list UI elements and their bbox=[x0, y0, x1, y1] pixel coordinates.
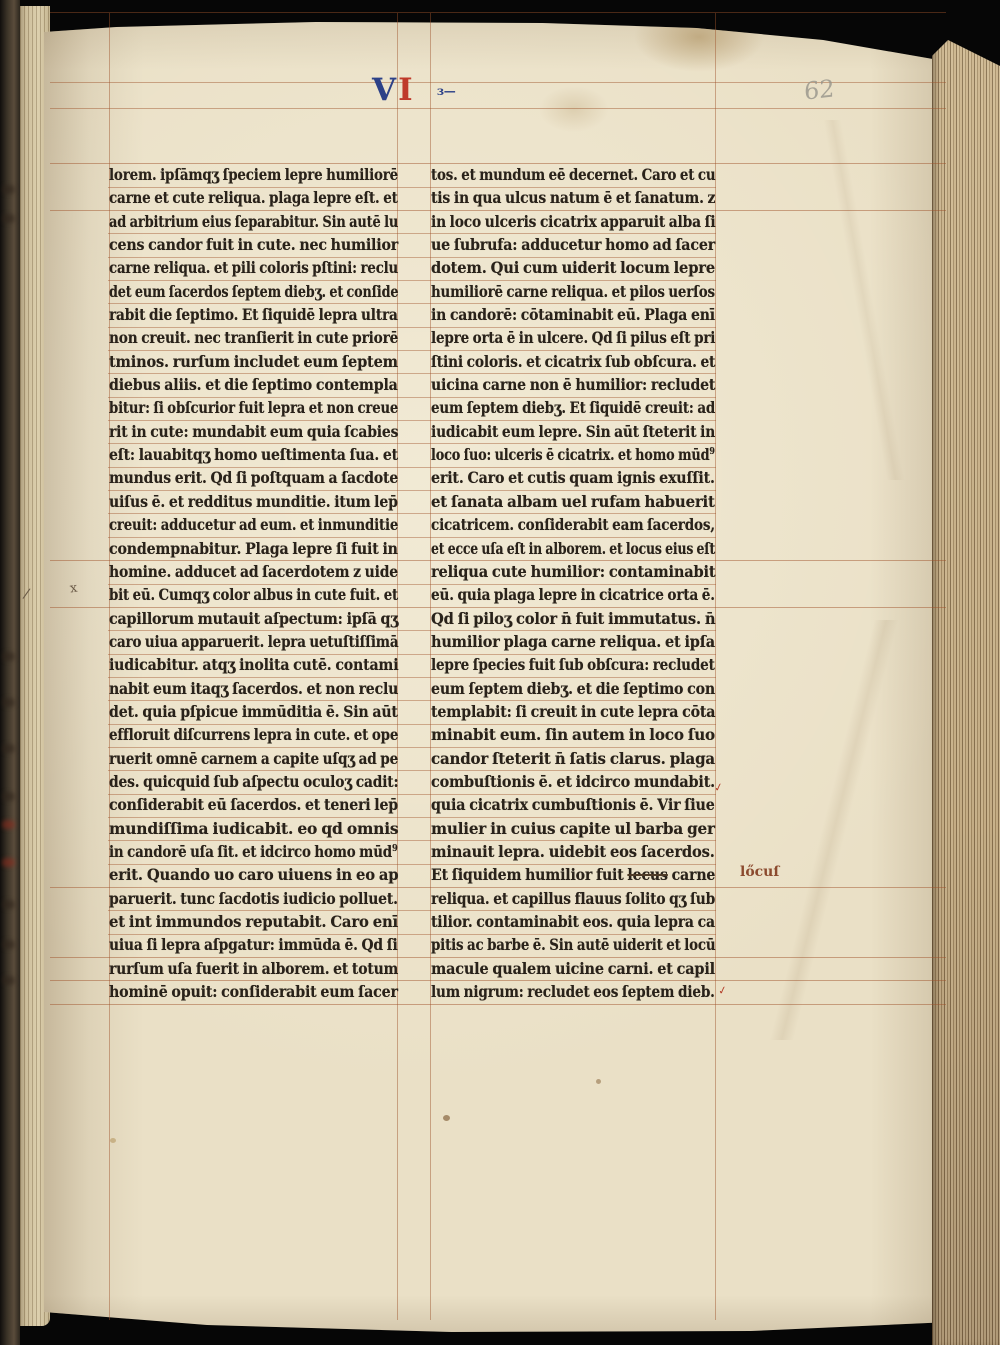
manuscript-line: loco ſuo: ulceris ē cicatrix. et homo mū… bbox=[431, 443, 715, 466]
manuscript-line: effloruit diſcurrens lepra in cute. et o… bbox=[109, 723, 398, 746]
showthrough-text-smudge bbox=[2, 820, 15, 829]
header-flourish-mark: ɜ— bbox=[437, 84, 456, 98]
margin-note-locus-correction: lőcuſ bbox=[740, 864, 779, 880]
manuscript-line: tis in qua ulcus natum ē et ſanatum. z bbox=[431, 186, 715, 209]
manuscript-line: nabit eum itaqʒ ſacerdos. et non reclu bbox=[109, 677, 398, 700]
manuscript-line: et int immundos reputabit. Caro enī bbox=[109, 910, 398, 933]
manuscript-line: Et ſiquidem humilior fuit lecus carne bbox=[431, 863, 715, 886]
manuscript-line: eū. quia plaga lepre in cicatrice orta ē… bbox=[431, 583, 715, 606]
manuscript-line: uicina carne non ē humilior: recludet bbox=[431, 373, 715, 396]
showthrough-text-smudge bbox=[2, 940, 15, 949]
manuscript-line: eum ſeptem diebʒ. Et ſiquidē creuit: ad bbox=[431, 396, 715, 419]
manuscript-line: tminos. rurſum includet eum ſeptem bbox=[109, 350, 398, 373]
manuscript-line: et ſanata albam uel rufam habuerit bbox=[431, 490, 715, 513]
manuscript-line: erit. Quando uo caro uiuens in eo ap bbox=[109, 863, 398, 886]
text-column-left: lorem. ipſāmqʒ ſpeciem lepre humiliorēca… bbox=[109, 163, 398, 1003]
manuscript-line: carne reliqua. et pili coloris pſtini: r… bbox=[109, 256, 398, 279]
running-title-letter: I bbox=[398, 72, 415, 108]
manuscript-line: rabit die ſeptimo. Et ſiquidē lepra ultr… bbox=[109, 303, 398, 326]
running-title: VI bbox=[372, 72, 415, 108]
manuscript-line: in candorē: cōtaminabit eū. Plaga enī bbox=[431, 303, 715, 326]
manuscript-line: quia cicatrix cumbuſtionis ē. Vir ſiue bbox=[431, 793, 715, 816]
text-column-right: tos. et mundum eē decernet. Caro et cuti… bbox=[431, 163, 715, 1003]
parchment-stain bbox=[539, 86, 609, 132]
manuscript-line: non creuit. nec tranſierit in cute prior… bbox=[109, 326, 398, 349]
manuscript-line: minabit eum. ſin autem in loco ſuo bbox=[431, 723, 715, 746]
manuscript-line: in candorē uſa ſit. et idcirco homo mūd9 bbox=[109, 840, 398, 863]
parchment-speck bbox=[443, 1115, 450, 1121]
manuscript-line: iudicabit eum lepre. Sin aūt ſteterit in bbox=[431, 420, 715, 443]
manuscript-line: reliqua. et capillus flauus ſolito qʒ ſu… bbox=[431, 887, 715, 910]
manuscript-line: paruerit. tunc ſacdotis iudicio polluet. bbox=[109, 887, 398, 910]
manuscript-photo: VI ɜ— 62 lorem. ipſāmqʒ ſpeciem lepre hu… bbox=[0, 0, 1000, 1345]
manuscript-line: carne et cute reliqua. plaga lepre eſt. … bbox=[109, 186, 398, 209]
manuscript-line: in loco ulceris cicatrix apparuit alba ſ… bbox=[431, 210, 715, 233]
manuscript-line: uiua ſi lepra aſpgatur: immūda ē. Qd ſi bbox=[109, 933, 398, 956]
showthrough-text-smudge bbox=[2, 858, 15, 867]
manuscript-line: minauit lepra. uidebit eos ſacerdos. bbox=[431, 840, 715, 863]
manuscript-line: conſiderabit eū ſacerdos. et teneri lep̄ bbox=[109, 793, 398, 816]
showthrough-text-smudge bbox=[2, 976, 15, 985]
manuscript-line: des. quicquid ſub aſpectu oculoʒ cadit: bbox=[109, 770, 398, 793]
manuscript-line: macule qualem uicine carni. et capil bbox=[431, 957, 715, 980]
binding-edge bbox=[0, 0, 20, 1345]
manuscript-line: det eum ſacerdos ſeptem diebʒ. et conſid… bbox=[109, 280, 398, 303]
manuscript-line: erit. Caro et cutis quam ignis exuſſit. bbox=[431, 466, 715, 489]
manuscript-line: condempnabitur. Plaga lepre ſi fuit in bbox=[109, 537, 398, 560]
manuscript-line: cicatricem. conſiderabit eam ſacerdos, bbox=[431, 513, 715, 536]
showthrough-text-smudge bbox=[2, 185, 15, 194]
manuscript-line: diebus aliis. et die ſeptimo contempla bbox=[109, 373, 398, 396]
manuscript-line: hominē opuit: conſiderabit eum ſacer bbox=[109, 980, 398, 1003]
manuscript-line: templabit: ſi creuit in cute lepra cōta bbox=[431, 700, 715, 723]
manuscript-line: caro uiua apparuerit. lepra uetuſtiſſimā bbox=[109, 630, 398, 653]
manuscript-line: creuit: adducetur ad eum. et inmunditie bbox=[109, 513, 398, 536]
manuscript-line: bit eū. Cumqʒ color albus in cute fuit. … bbox=[109, 583, 398, 606]
parchment-wrinkle bbox=[734, 620, 934, 1040]
manuscript-line: cens candor fuit in cute. nec humilior bbox=[109, 233, 398, 256]
manuscript-line: rit in cute: mundabit eum quia ſcabies bbox=[109, 420, 398, 443]
manuscript-line: tos. et mundum eē decernet. Caro et cu bbox=[431, 163, 715, 186]
manuscript-line: ſtini coloris. et cicatrix ſub obſcura. … bbox=[431, 350, 715, 373]
manuscript-line: bitur: ſi obſcurior fuit lepra et non cr… bbox=[109, 396, 398, 419]
fore-edge-page-stack bbox=[932, 40, 1000, 1345]
showthrough-text-smudge bbox=[2, 698, 15, 707]
manuscript-line: uiſus ē. et redditus munditie. itum lep̄ bbox=[109, 490, 398, 513]
manuscript-line: combuſtionis ē. et idcirco mundabit. bbox=[431, 770, 715, 793]
manuscript-line: ad arbitrium eius ſeparabitur. Sin autē … bbox=[109, 210, 398, 233]
manuscript-line: tilior. contaminabit eos. quia lepra ca bbox=[431, 910, 715, 933]
manuscript-line: lum nigrum: recludet eos ſeptem dieb. bbox=[431, 980, 715, 1003]
manuscript-line: reliqua cute humilior: contaminabit bbox=[431, 560, 715, 583]
manuscript-line: dotem. Qui cum uiderit locum lepre bbox=[431, 256, 715, 279]
ruled-line-horizontal bbox=[50, 12, 946, 13]
parchment-speck bbox=[596, 1079, 601, 1084]
ruled-line-horizontal bbox=[50, 108, 946, 109]
showthrough-text-smudge bbox=[2, 652, 15, 661]
running-title-letter: V bbox=[372, 72, 398, 108]
manuscript-line: humilior plaga carne reliqua. et ipſa bbox=[431, 630, 715, 653]
manuscript-line: ruerit omnē carnem a capite uſqʒ ad pe bbox=[109, 747, 398, 770]
showthrough-text-smudge bbox=[2, 744, 15, 753]
showthrough-text-smudge bbox=[2, 900, 15, 909]
manuscript-line: mundus erit. Qd ſi poſtquam a ſacdote bbox=[109, 466, 398, 489]
ruled-line-horizontal bbox=[50, 1004, 946, 1005]
manuscript-line: lepre orta ē in ulcere. Qd ſi pilus eſt … bbox=[431, 326, 715, 349]
manuscript-line: pitis ac barbe ē. Sin autē uiderit et lo… bbox=[431, 933, 715, 956]
folio-number: 62 bbox=[804, 74, 834, 105]
showthrough-text-smudge bbox=[2, 792, 15, 801]
manuscript-line: candor ſteterit n̄ ſatis clarus. plaga bbox=[431, 747, 715, 770]
parchment-speck bbox=[110, 1138, 116, 1143]
parchment-wrinkle bbox=[784, 120, 944, 480]
manuscript-line: ue ſubrufa: adducetur homo ad ſacer bbox=[431, 233, 715, 256]
manuscript-line: lepre ſpecies fuit ſub obſcura: recludet bbox=[431, 653, 715, 676]
manuscript-line: rurſum uſa fuerit in alborem. et totum bbox=[109, 957, 398, 980]
manuscript-line: eum ſeptem diebʒ. et die ſeptimo con bbox=[431, 677, 715, 700]
manuscript-line: mundiſſima iudicabit. eo qd omnis bbox=[109, 817, 398, 840]
manuscript-line: det. quia pſpicue immūditia ē. Sin aūt bbox=[109, 700, 398, 723]
manuscript-line: humiliorē carne reliqua. et pilos uerſos bbox=[431, 280, 715, 303]
manuscript-line: mulier in cuius capite ul barba ger bbox=[431, 817, 715, 840]
showthrough-text-smudge bbox=[2, 214, 15, 223]
manuscript-line: iudicabitur. atqʒ inolita cutē. contami bbox=[109, 653, 398, 676]
manuscript-line: et ecce uſa eſt in alborem. et locus eiu… bbox=[431, 537, 715, 560]
manuscript-line: capillorum mutauit aſpectum: ipſā qʒ bbox=[109, 607, 398, 630]
manuscript-line: eſt: lauabitqʒ homo ueſtimenta ſua. et bbox=[109, 443, 398, 466]
manuscript-line: Qd ſi piloʒ color n̄ fuit immutatus. n̄ bbox=[431, 607, 715, 630]
manuscript-line: homine. adducet ad ſacerdotem z uide bbox=[109, 560, 398, 583]
manuscript-line: lorem. ipſāmqʒ ſpeciem lepre humiliorē bbox=[109, 163, 398, 186]
